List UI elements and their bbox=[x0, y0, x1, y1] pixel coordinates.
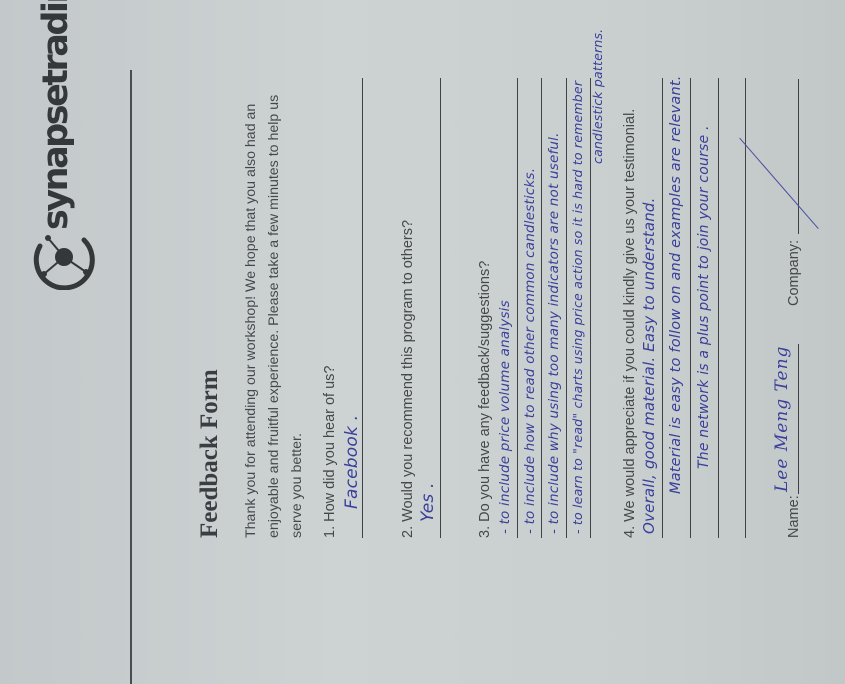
brand-name: synapsetrading bbox=[36, 0, 76, 230]
question-4-label: 4. We would appreciate if you could kind… bbox=[622, 109, 638, 538]
question-1-answer[interactable]: Facebook . bbox=[342, 415, 362, 509]
question-3-answer-4[interactable]: - to learn to "read" charts using price … bbox=[570, 81, 585, 534]
question-3-answer-line-1 bbox=[517, 78, 518, 538]
question-4-answer-line-1 bbox=[662, 78, 663, 538]
question-3-answer-line-3 bbox=[566, 78, 567, 538]
brand-logo: synapsetrading bbox=[30, 50, 100, 290]
company-label: Company: bbox=[786, 240, 802, 306]
question-4-answer-1[interactable]: Overall, good material. Easy to understa… bbox=[640, 197, 658, 534]
scanned-document: synapsetrading Feedback Form Thank you f… bbox=[0, 0, 845, 684]
question-4-answer-3[interactable]: The network is a plus point to join your… bbox=[696, 125, 712, 469]
question-1-label: 1. How did you hear of us? bbox=[322, 366, 338, 539]
question-4-answer-line-3 bbox=[718, 78, 719, 538]
page-title: Feedback Form bbox=[196, 369, 224, 538]
intro-paragraph: Thank you for attending our workshop! We… bbox=[240, 88, 309, 538]
question-4-answer-2[interactable]: Material is easy to follow on and exampl… bbox=[668, 75, 684, 494]
company-strike-mark bbox=[739, 138, 819, 229]
company-line bbox=[798, 79, 799, 234]
question-3-label: 3. Do you have any feedback/suggestions? bbox=[477, 261, 493, 538]
question-3-answer-2[interactable]: - to include how to read other common ca… bbox=[522, 168, 538, 534]
network-node-icon bbox=[30, 228, 96, 290]
question-2-answer-line bbox=[440, 78, 441, 538]
question-3-answer-5[interactable]: candlestick patterns. bbox=[590, 29, 605, 164]
question-2-answer[interactable]: Yes . bbox=[418, 482, 438, 522]
feedback-form-page: synapsetrading Feedback Form Thank you f… bbox=[0, 0, 845, 684]
question-3-answer-3[interactable]: - to include why using too many indicato… bbox=[546, 132, 562, 534]
question-4-answer-line-2 bbox=[690, 78, 691, 538]
question-1-answer-line bbox=[362, 78, 363, 538]
company-value[interactable] bbox=[785, 233, 786, 234]
question-3-answer-line-2 bbox=[541, 78, 542, 538]
header-divider bbox=[130, 70, 132, 684]
question-3-answer-1[interactable]: - to include price volume analysis bbox=[497, 300, 513, 534]
name-line bbox=[798, 344, 799, 494]
name-label: Name: bbox=[786, 495, 802, 538]
name-value[interactable]: Lee Meng Teng bbox=[772, 346, 792, 492]
question-2-label: 2. Would you recommend this program to o… bbox=[400, 220, 416, 538]
